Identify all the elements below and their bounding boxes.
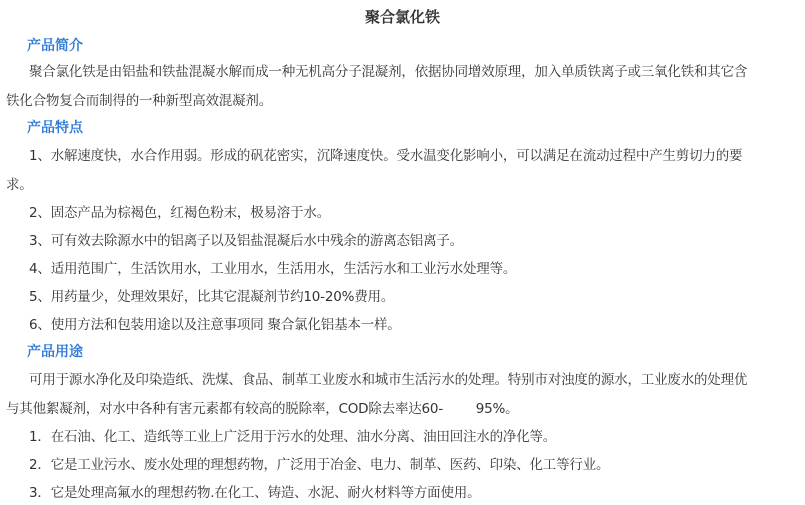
section-heading-features: 产品特点 bbox=[27, 119, 83, 137]
feature-item: 1、水解速度快，水合作用弱。形成的矾花密实，沉降速度快。受水温变化影响小，可以满… bbox=[29, 147, 742, 165]
intro-paragraph-line: 铁化合物复合而制得的一种新型高效混凝剂。 bbox=[6, 92, 272, 110]
feature-item-continuation: 求。 bbox=[6, 176, 33, 194]
intro-paragraph-line: 聚合氯化铁是由铝盐和铁盐混凝水解而成一种无机高分子混凝剂，依据协同增效原理，加入… bbox=[29, 63, 747, 81]
section-heading-usage: 产品用途 bbox=[27, 343, 83, 361]
feature-item: 2、固态产品为棕褐色，红褐色粉末，极易溶于水。 bbox=[29, 204, 330, 222]
section-heading-intro: 产品简介 bbox=[27, 37, 83, 55]
usage-item: 3．它是处理高氟水的理想药物.在化工、铸造、水泥、耐火材料等方面使用。 bbox=[29, 484, 480, 502]
usage-item: 1．在石油、化工、造纸等工业上广泛用于污水的处理、油水分离、油田回注水的净化等。 bbox=[29, 428, 556, 446]
feature-item: 5、用药量少，处理效果好，比其它混凝剂节约10-20%费用。 bbox=[29, 288, 394, 306]
usage-paragraph-line: 与其他絮凝剂，对水中各种有害元素都有较高的脱除率，COD除去率达60- 95%。 bbox=[6, 400, 518, 418]
feature-item: 6、使用方法和包装用途以及注意事项同 聚合氯化铝基本一样。 bbox=[29, 316, 401, 334]
feature-item: 3、可有效去除源水中的铝离子以及铝盐混凝后水中残余的游离态铝离子。 bbox=[29, 232, 463, 250]
usage-item: 2．它是工业污水、废水处理的理想药物，广泛用于冶金、电力、制革、医药、印染、化工… bbox=[29, 456, 609, 474]
page-title: 聚合氯化铁 bbox=[0, 7, 805, 27]
feature-item: 4、适用范围广，生活饮用水，工业用水，生活用水，生活污水和工业污水处理等。 bbox=[29, 260, 516, 278]
usage-paragraph-line: 可用于源水净化及印染造纸、洗煤、食品、制革工业废水和城市生活污水的处理。特别市对… bbox=[29, 371, 747, 389]
